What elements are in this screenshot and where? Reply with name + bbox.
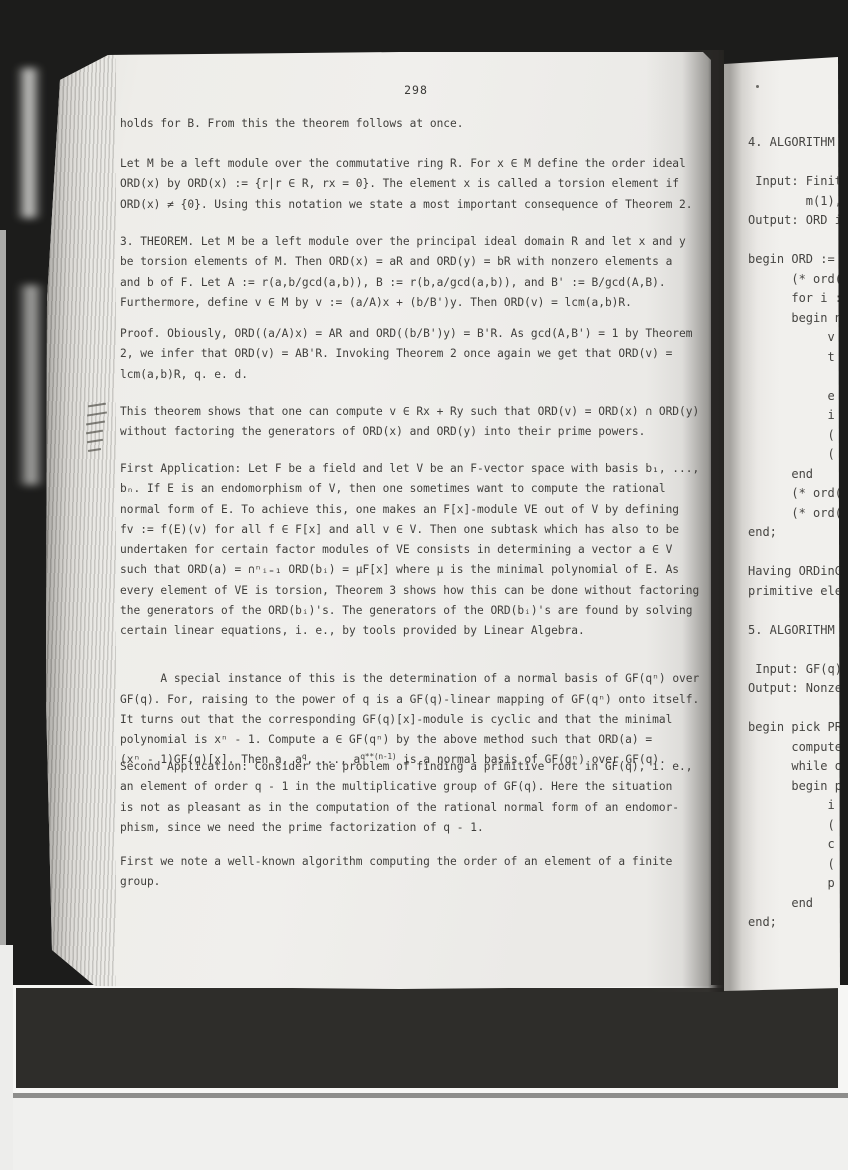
- algorithm-listing: 4. ALGORITHM Input: Finit m(1), Output: …: [748, 133, 842, 933]
- paragraph-closing: First we note a well-known algorithm com…: [120, 852, 672, 893]
- ink-speck: [756, 85, 759, 88]
- paragraph-second-application: Second Application: Consider the problem…: [120, 757, 693, 838]
- page-number: 298: [120, 83, 712, 97]
- paragraph-remark: This theorem shows that one can compute …: [120, 402, 699, 443]
- scan-light-streak: [17, 285, 45, 485]
- scan-light-streak: [16, 68, 42, 218]
- paragraph-order-ideal: Let M be a left module over the commutat…: [120, 154, 693, 215]
- page-fore-edge: [44, 50, 116, 990]
- scanned-book-spread: 298 holds for B. From this the theorem f…: [0, 0, 848, 1170]
- scanner-left-edge-wide: [0, 945, 13, 1170]
- paragraph-theorem-3: 3. THEOREM. Let M be a left module over …: [120, 232, 686, 313]
- scanner-left-edge: [0, 230, 6, 990]
- paragraph-proof: Proof. Obiously, ORD((a/A)x) = AR and OR…: [120, 324, 693, 385]
- scanner-outer-margin: [0, 1098, 848, 1170]
- paragraph-intro: holds for B. From this the theorem follo…: [120, 114, 464, 134]
- paragraph-first-application: First Application: Let F be a field and …: [120, 459, 699, 642]
- scanner-shadow-block: [16, 988, 838, 1088]
- binding-gutter-shadow: [646, 50, 724, 992]
